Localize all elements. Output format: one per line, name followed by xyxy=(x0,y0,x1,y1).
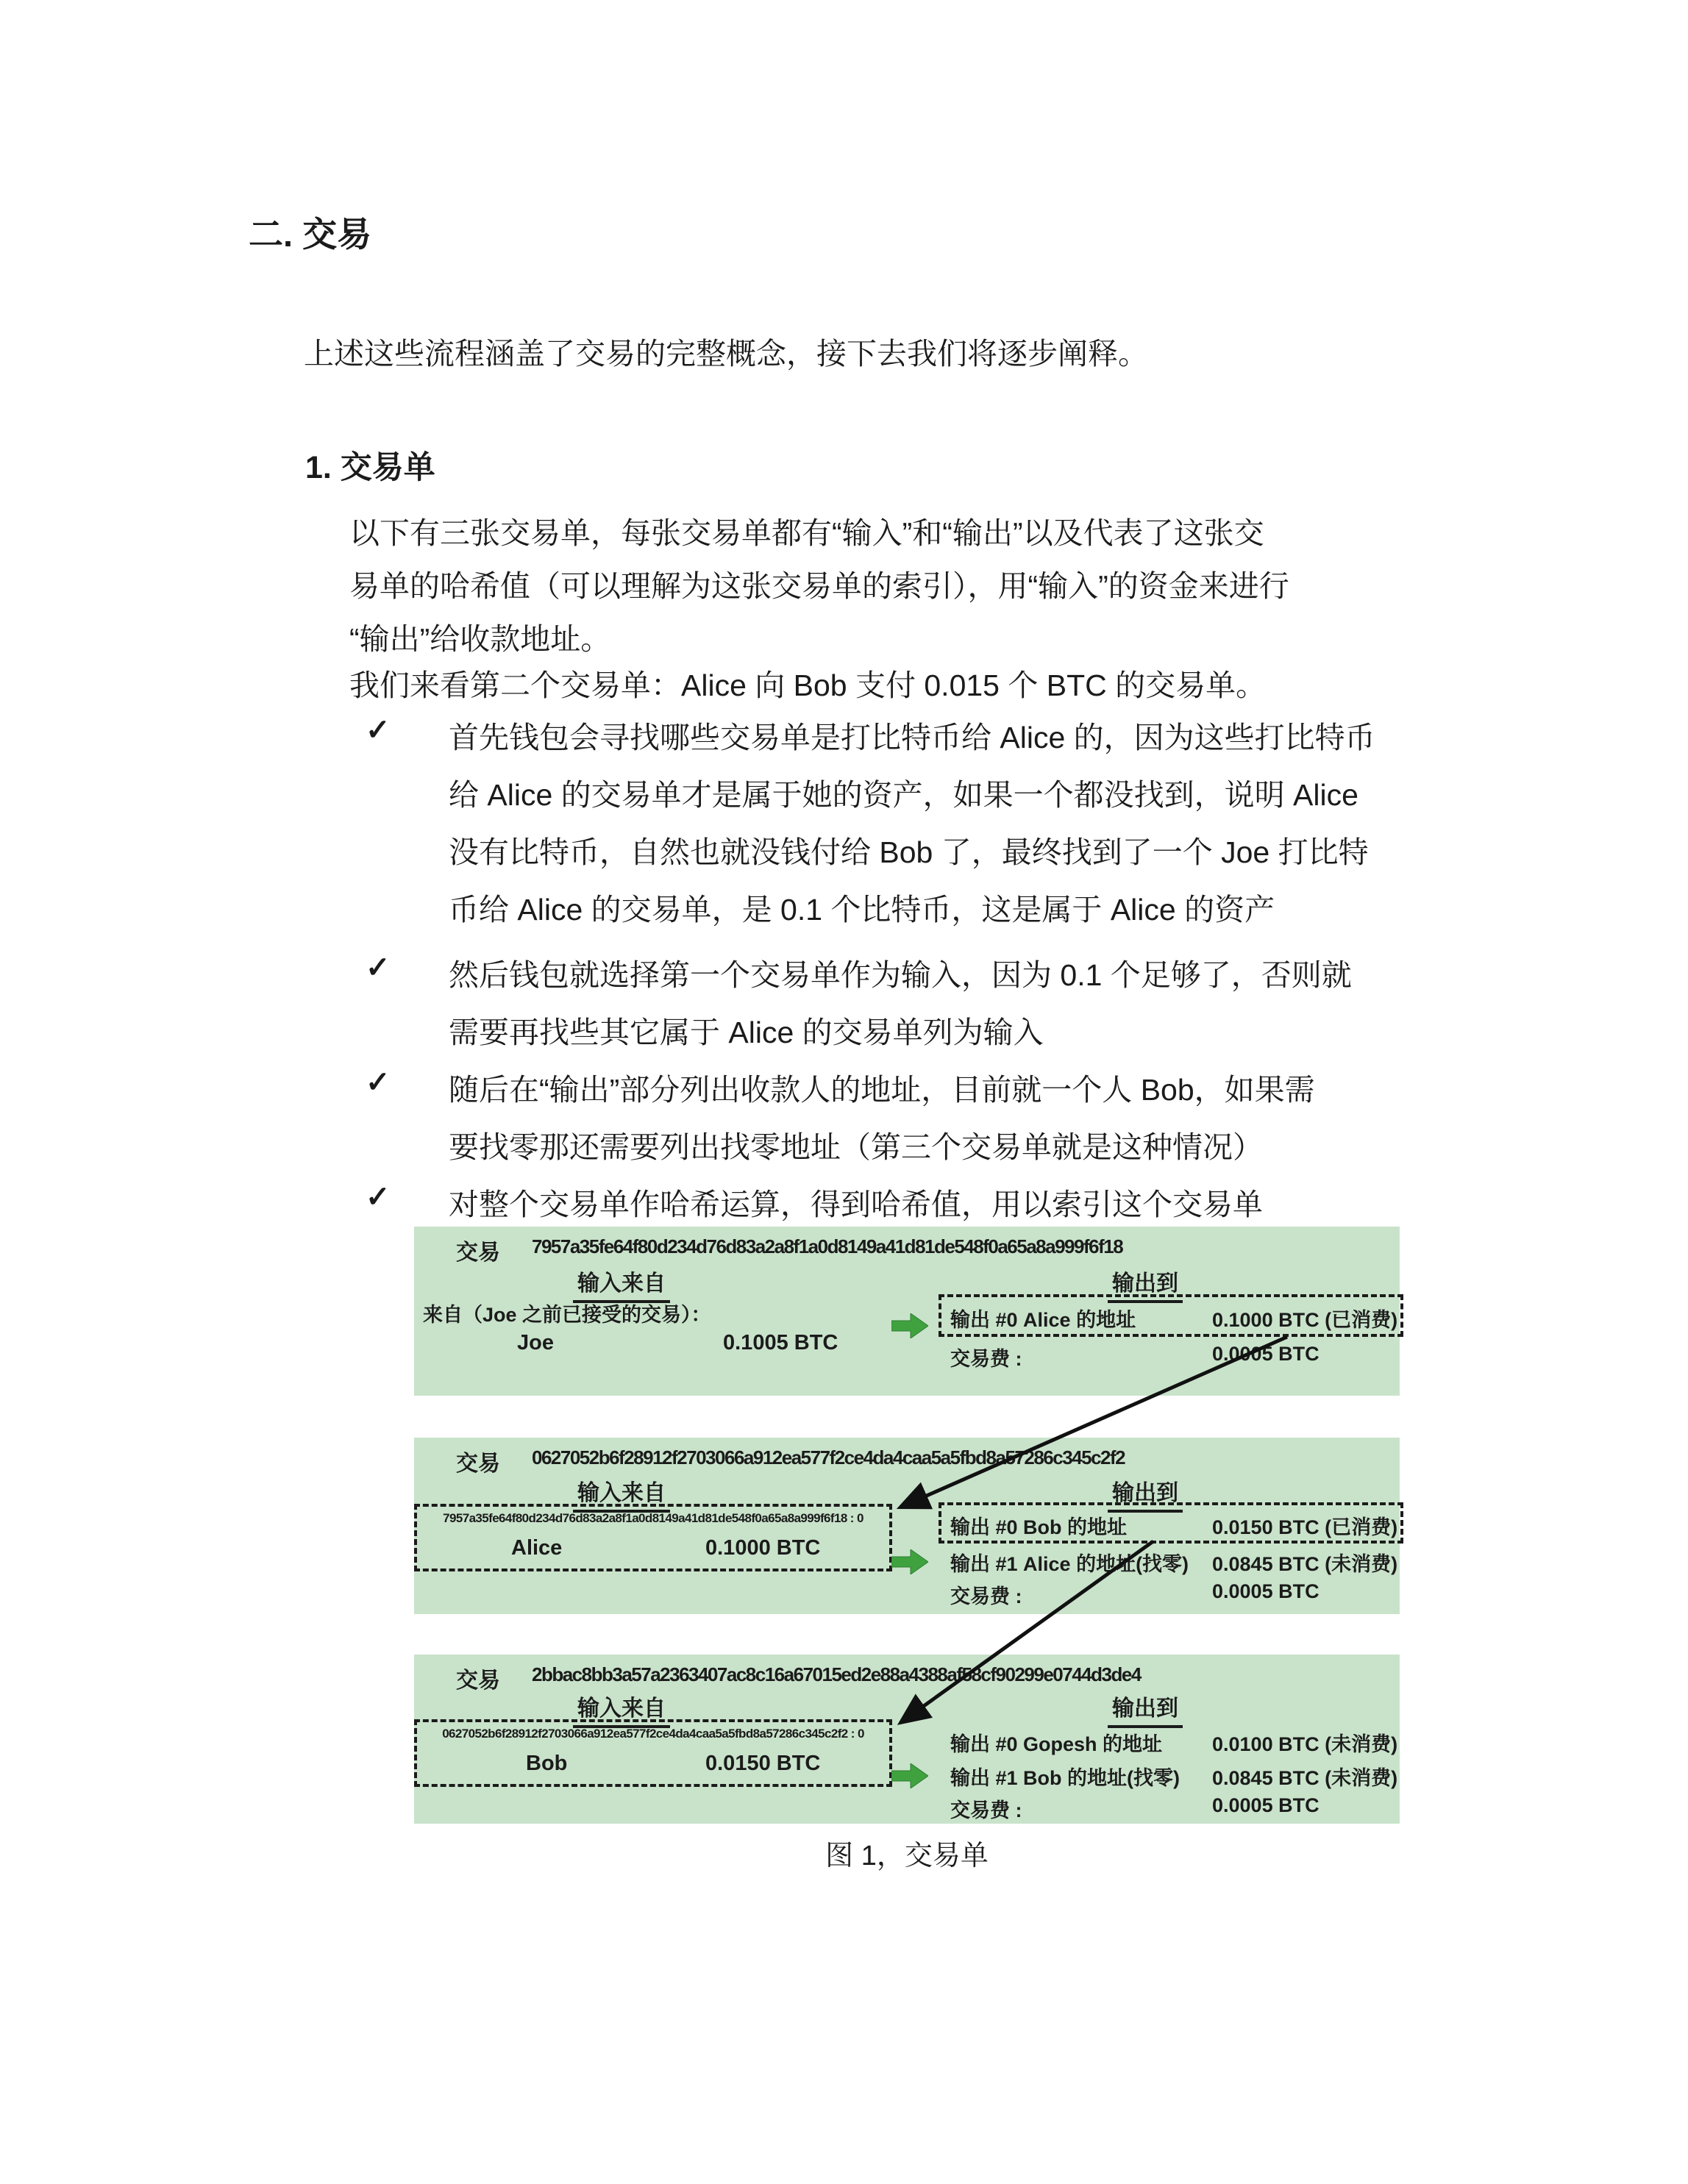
output-0-label: 输出 #0 Gopesh 的地址 xyxy=(950,1728,1162,1757)
input-dashed-box: 0627052b6f28912f2703066a912ea577f2ce4da4… xyxy=(414,1719,892,1787)
output-1-value: 0.0845 BTC (未消费) xyxy=(1212,1548,1397,1577)
tx-label: 交易 xyxy=(456,1234,500,1266)
input-source-note: 来自（Joe 之前已接受的交易）： xyxy=(423,1299,711,1327)
paragraph-line: “输出”给收款地址。 xyxy=(349,615,610,658)
input-name: Bob xyxy=(526,1752,567,1776)
bullet-line: 对整个交易单作哈希运算，得到哈希值，用以索引这个交易单 xyxy=(449,1180,1263,1224)
bullet-line: 要找零那还需要列出找零地址（第三个交易单就是这种情况） xyxy=(449,1123,1263,1166)
output-0-dashed-box: 输出 #0 Alice 的地址 0.1000 BTC (已消费) xyxy=(939,1294,1403,1337)
bullet-line: 给 Alice 的交易单才是属于她的资产，如果一个都没找到，说明 Alice xyxy=(449,771,1358,814)
bullet-line: 随后在“输出”部分列出收款人的地址，目前就一个人 Bob，如果需 xyxy=(449,1066,1315,1109)
fee-value: 0.0005 BTC xyxy=(1212,1794,1320,1817)
input-ref-hash: 0627052b6f28912f2703066a912ea577f2ce4da4… xyxy=(442,1727,864,1741)
tx-hash: 7957a35fe64f80d234d76d83a2a8f1a0d8149a41… xyxy=(532,1235,1122,1258)
paragraph-line: 以下有三张交易单，每张交易单都有“输入”和“输出”以及代表了这张交 xyxy=(349,509,1264,552)
fee-value: 0.0005 BTC xyxy=(1212,1343,1320,1366)
fee-value: 0.0005 BTC xyxy=(1212,1580,1320,1603)
bullet-line: 没有比特币，自然也就没钱付给 Bob 了，最终找到了一个 Joe 打比特 xyxy=(449,828,1369,871)
green-block-arrow-icon xyxy=(891,1763,928,1788)
bullet-line: 币给 Alice 的交易单，是 0.1 个比特币，这是属于 Alice 的资产 xyxy=(449,885,1275,929)
transaction-box-3: 交易 2bbac8bb3a57a2363407ac8c16a67015ed2e8… xyxy=(414,1655,1400,1824)
input-name: Alice xyxy=(511,1536,562,1560)
check-icon: ✓ xyxy=(366,713,391,747)
transaction-box-1: 交易 7957a35fe64f80d234d76d83a2a8f1a0d8149… xyxy=(414,1227,1400,1396)
input-amount: 0.1000 BTC xyxy=(705,1536,820,1560)
green-block-arrow-icon xyxy=(891,1549,928,1574)
output-1-value: 0.0845 BTC (未消费) xyxy=(1212,1762,1397,1791)
output-1-label: 输出 #1 Alice 的地址(找零) xyxy=(950,1548,1189,1577)
output-0-label: 输出 #0 Bob 的地址 xyxy=(950,1511,1127,1540)
output-0-value: 0.0100 BTC (未消费) xyxy=(1212,1728,1397,1757)
input-amount: 0.1005 BTC xyxy=(723,1331,838,1355)
bullet-line: 首先钱包会寻找哪些交易单是打比特币给 Alice 的，因为这些打比特币 xyxy=(449,713,1375,757)
input-column-header: 输入来自 xyxy=(573,1265,670,1303)
fee-label: 交易费 : xyxy=(950,1343,1022,1371)
tx-label: 交易 xyxy=(456,1662,500,1694)
paragraph-line: 易单的哈希值（可以理解为这张交易单的索引），用“输入”的资金来进行 xyxy=(349,562,1289,605)
input-name: Joe xyxy=(517,1331,554,1355)
section-heading: 二. 交易 xyxy=(249,207,371,257)
input-dashed-box: 7957a35fe64f80d234d76d83a2a8f1a0d8149a41… xyxy=(414,1504,892,1571)
transaction-box-2: 交易 0627052b6f28912f2703066a912ea577f2ce4… xyxy=(414,1438,1400,1614)
fee-label: 交易费 : xyxy=(950,1580,1022,1609)
output-0-label: 输出 #0 Alice 的地址 xyxy=(950,1304,1136,1332)
bullet-line: 然后钱包就选择第一个交易单作为输入，因为 0.1 个足够了，否则就 xyxy=(449,951,1352,994)
output-0-value: 0.0150 BTC (已消费) xyxy=(1212,1511,1397,1540)
tx-label: 交易 xyxy=(456,1445,500,1477)
check-icon: ✓ xyxy=(366,1180,391,1214)
intro-paragraph: 上述这些流程涵盖了交易的完整概念，接下去我们将逐步阐释。 xyxy=(304,329,1148,373)
fee-label: 交易费 : xyxy=(950,1794,1022,1823)
output-0-dashed-box: 输出 #0 Bob 的地址 0.0150 BTC (已消费) xyxy=(939,1502,1403,1544)
output-column-header: 输出到 xyxy=(1108,1690,1183,1728)
input-ref-hash: 7957a35fe64f80d234d76d83a2a8f1a0d8149a41… xyxy=(443,1511,863,1526)
output-0-value: 0.1000 BTC (已消费) xyxy=(1212,1304,1397,1332)
check-icon: ✓ xyxy=(366,1066,391,1099)
paragraph-line: 我们来看第二个交易单：Alice 向 Bob 支付 0.015 个 BTC 的交… xyxy=(349,661,1266,704)
subsection-title: 1. 交易单 xyxy=(305,443,435,488)
green-block-arrow-icon xyxy=(891,1313,928,1338)
input-amount: 0.0150 BTC xyxy=(705,1752,820,1776)
output-1-label: 输出 #1 Bob 的地址(找零) xyxy=(950,1762,1180,1791)
check-icon: ✓ xyxy=(366,951,391,985)
document-page: 二. 交易 上述这些流程涵盖了交易的完整概念，接下去我们将逐步阐释。 1. 交易… xyxy=(0,0,1688,2184)
figure-caption: 图 1，交易单 xyxy=(414,1833,1400,1873)
tx-hash: 2bbac8bb3a57a2363407ac8c16a67015ed2e88a4… xyxy=(532,1663,1141,1686)
bullet-line: 需要再找些其它属于 Alice 的交易单列为输入 xyxy=(449,1008,1044,1052)
tx-hash: 0627052b6f28912f2703066a912ea577f2ce4da4… xyxy=(532,1446,1125,1469)
